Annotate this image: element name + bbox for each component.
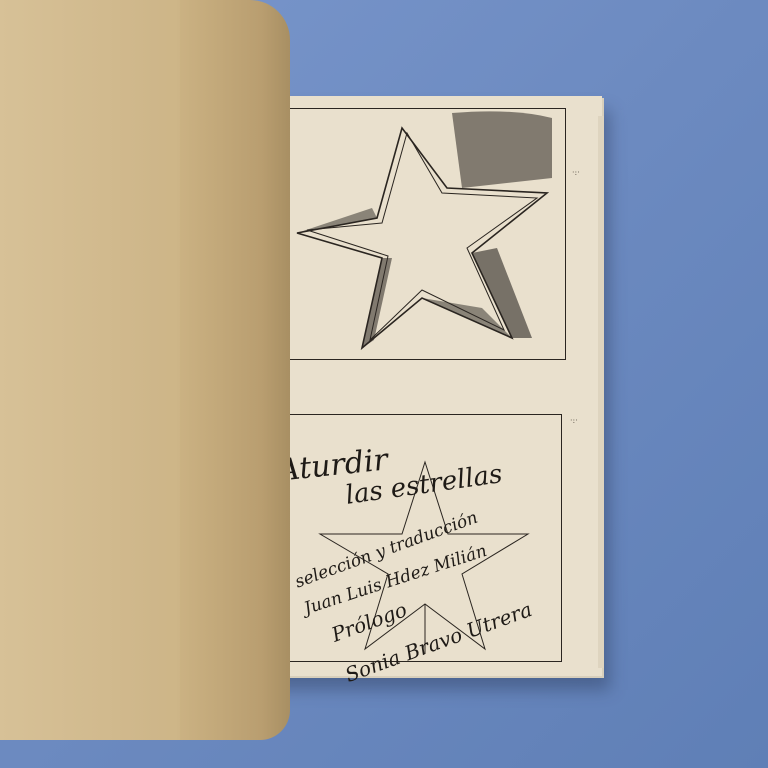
folio-mark-bottom: ·:· (570, 416, 578, 425)
flyleaf-highlight (0, 0, 180, 740)
left-page-flyleaf (0, 0, 290, 740)
page-edge (598, 116, 604, 668)
star-sketch-icon (282, 108, 564, 358)
folio-mark-top: ·:· (572, 168, 580, 177)
